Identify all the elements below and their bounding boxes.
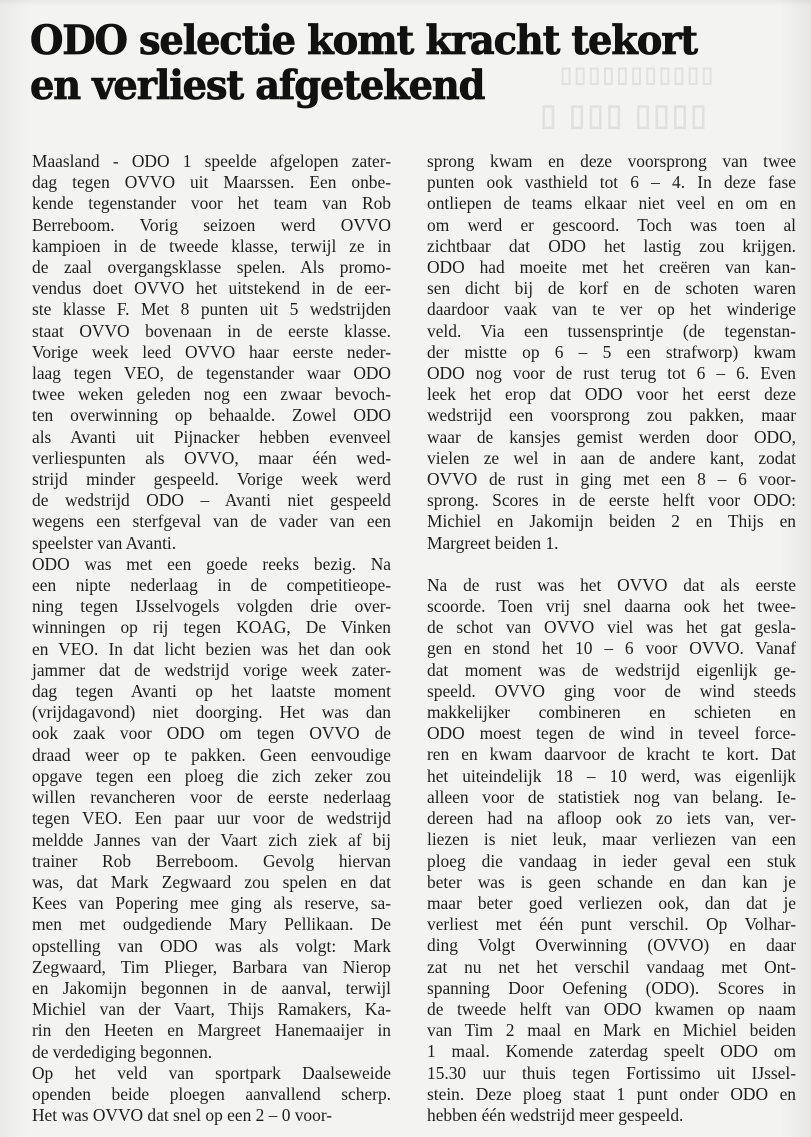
text-line: zichtbaar dat ODO het lastig zou krijgen… bbox=[427, 236, 796, 257]
text-line: ook zaak voor ODO om tegen OVVO de bbox=[32, 723, 391, 744]
article-headline: ODO selectie komt kracht tekort en verli… bbox=[30, 18, 760, 108]
left-paragraph-3: Op het veld van sportpark Daalseweideope… bbox=[32, 1063, 391, 1127]
text-line: speeld. OVVO ging voor de wind steeds bbox=[427, 681, 796, 702]
text-line: gen en stond het 10 – 6 voor OVVO. Vanaf bbox=[427, 638, 796, 659]
text-line: Berreboom. Vorig seizoen werd OVVO bbox=[32, 215, 391, 236]
text-line: dag tegen Avanti op het laatste moment bbox=[32, 681, 391, 702]
text-line: de tweede helft van ODO kwamen op naam bbox=[427, 999, 796, 1020]
text-line: twee weken geleden nog een zwaar bevoch- bbox=[32, 384, 391, 405]
text-line: Het was OVVO dat snel op een 2 – 0 voor- bbox=[32, 1105, 391, 1126]
text-line: Zegwaard, Tim Plieger, Barbara van Niero… bbox=[32, 957, 391, 978]
text-line: ODO was met een goede reeks bezig. Na bbox=[32, 554, 391, 575]
text-line: en VEO. In dat licht bezien was het dan … bbox=[32, 639, 391, 660]
text-line: opstelling van ODO was als volgt: Mark bbox=[32, 936, 391, 957]
text-line: daardoor vaak van te ver op het winderig… bbox=[427, 299, 796, 320]
right-column: sprong kwam en deze voorsprong van tweep… bbox=[427, 151, 796, 1126]
text-line: 15.30 uur thuis tegen Fortissimo uit IJs… bbox=[427, 1063, 796, 1084]
text-line: alleen voor de statistiek nog van belang… bbox=[427, 787, 796, 808]
paragraph-gap bbox=[427, 554, 796, 575]
text-line: ding Volgt Overwinning (OVVO) en daar bbox=[427, 935, 796, 956]
text-line: Vorige week leed OVVO haar eerste neder- bbox=[32, 342, 391, 363]
text-line: meldde Jannes van der Vaart zich ziek af… bbox=[32, 830, 391, 851]
text-line: (vrijdagavond) niet doorging. Het was da… bbox=[32, 702, 391, 723]
text-line: maar beter goed verliezen ook, dan dat j… bbox=[427, 893, 796, 914]
text-line: punten ook vasthield tot 6 – 4. In deze … bbox=[427, 172, 796, 193]
text-line: en Jakomijn begonnen in de aanval, terwi… bbox=[32, 978, 391, 999]
text-line: strijd minder gespeeld. Vorige week werd bbox=[32, 469, 391, 490]
text-line: het uiteindelijk 18 – 10 werd, was eigen… bbox=[427, 766, 796, 787]
text-line: ploeg die vandaag in ieder geval een stu… bbox=[427, 851, 796, 872]
text-line: verliespunten als OVVO, maar één wed- bbox=[32, 448, 391, 469]
text-line: de schot van OVVO viel was het gat gesla… bbox=[427, 617, 796, 638]
text-line: de zaal overgangsklasse spelen. Als prom… bbox=[32, 257, 391, 278]
text-line: ontliepen de teams elkaar niet veel en o… bbox=[427, 193, 796, 214]
newspaper-clipping: ▯▯▯▯▯▯▯▯▯▯▯ ▯ ▯▯▯ ▯▯▯▯ ODO selectie komt… bbox=[0, 0, 811, 1137]
text-line: staat OVVO bovenaan in de eerste klasse. bbox=[32, 321, 391, 342]
text-line: Na de rust was het OVVO dat als eerste bbox=[427, 575, 796, 596]
text-line: veld. Via een tussensprintje (de tegenst… bbox=[427, 321, 796, 342]
text-line: vendus doet OVVO het uitstekend in de ee… bbox=[32, 278, 391, 299]
text-line: Michiel en Jakomijn beiden 2 en Thijs en bbox=[427, 511, 796, 532]
text-line: zat nu net het verschil vandaag met Ont- bbox=[427, 957, 796, 978]
text-line: stein. Deze ploeg staat 1 punt onder ODO… bbox=[427, 1084, 796, 1105]
text-line: kampioen in de tweede klasse, terwijl ze… bbox=[32, 236, 391, 257]
text-line: Kees van Popering mee ging als reserve, … bbox=[32, 893, 391, 914]
text-line: opgave tegen een ploeg die zich zeker zo… bbox=[32, 766, 391, 787]
text-line: vielen ze wel in aan de andere kant, zod… bbox=[427, 448, 796, 469]
text-line: dereen had na afloop ook zo iets van, ve… bbox=[427, 808, 796, 829]
text-line: om werd er gescoord. Toch was toen al bbox=[427, 215, 796, 236]
text-line: Michiel van der Vaart, Thijs Ramakers, K… bbox=[32, 999, 391, 1020]
text-line: beter was is geen schande en dan kan je bbox=[427, 872, 796, 893]
headline-line-2: en verliest afgetekend bbox=[30, 63, 760, 108]
text-line: wedstrijd een voorsprong zou pakken, maa… bbox=[427, 405, 796, 426]
text-line: liezen is niet leuk, maar verliezen van … bbox=[427, 829, 796, 850]
text-line: Op het veld van sportpark Daalseweide bbox=[32, 1063, 391, 1084]
text-line: makkelijker combineren en schieten en bbox=[427, 702, 796, 723]
text-line: scoorde. Toen vrij snel daarna ook het t… bbox=[427, 596, 796, 617]
text-line: leek het erop dat ODO voor het eerst dez… bbox=[427, 384, 796, 405]
text-line: de verdediging begonnen. bbox=[32, 1042, 391, 1063]
text-line: waar de kansjes gemist werden door ODO, bbox=[427, 427, 796, 448]
text-line: ODO moest tegen de wind in teveel force- bbox=[427, 723, 796, 744]
text-line: openden beide ploegen aanvallend scherp. bbox=[32, 1084, 391, 1105]
text-line: ren en kwam daarvoor de kracht te kort. … bbox=[427, 744, 796, 765]
text-line: willen revancheren voor de eerste nederl… bbox=[32, 787, 391, 808]
text-line: winningen op rij tegen KOAG, De Vinken bbox=[32, 617, 391, 638]
text-line: ning tegen IJsselvogels volgden drie ove… bbox=[32, 596, 391, 617]
text-line: wegens een sterfgeval van de vader van e… bbox=[32, 511, 391, 532]
text-line: men met oudgediende Mary Pellikaan. De bbox=[32, 914, 391, 935]
text-line: was, dat Mark Zegwaard zou spelen en dat bbox=[32, 872, 391, 893]
text-line: verliest met één punt verschil. Op Volha… bbox=[427, 914, 796, 935]
right-paragraph-2: Na de rust was het OVVO dat als eerstesc… bbox=[427, 575, 796, 1126]
text-line: kende tegenstander voor het team van Rob bbox=[32, 193, 391, 214]
text-line: laag tegen VEO, de tegenstander waar ODO bbox=[32, 363, 391, 384]
text-line: een nipte nederlaag in de competitieope- bbox=[32, 575, 391, 596]
left-column: Maasland - ODO 1 speelde afgelopen zater… bbox=[32, 151, 391, 1126]
text-line: speelster van Avanti. bbox=[32, 533, 391, 554]
text-line: als Avanti uit Pijnacker hebben evenveel bbox=[32, 427, 391, 448]
headline-line-1: ODO selectie komt kracht tekort bbox=[30, 18, 760, 63]
text-line: Maasland - ODO 1 speelde afgelopen zater… bbox=[32, 151, 391, 172]
text-line: 1 maal. Komende zaterdag speelt ODO om bbox=[427, 1041, 796, 1062]
text-line: hebben één wedstrijd meer gespeeld. bbox=[427, 1105, 796, 1126]
right-paragraph-1: sprong kwam en deze voorsprong van tweep… bbox=[427, 151, 796, 554]
left-paragraph-1: Maasland - ODO 1 speelde afgelopen zater… bbox=[32, 151, 391, 554]
text-line: dat moment was de wedstrijd eigenlijk ge… bbox=[427, 660, 796, 681]
text-line: van Tim 2 maal en Mark en Michiel beiden bbox=[427, 1020, 796, 1041]
left-paragraph-2: ODO was met een goede reeks bezig. Naeen… bbox=[32, 554, 391, 1063]
text-line: dag tegen OVVO uit Maarssen. Een onbe- bbox=[32, 172, 391, 193]
text-line: rin den Heeten en Margreet Hanemaaijer i… bbox=[32, 1020, 391, 1041]
text-line: OVVO de rust in ging met een 8 – 6 voor- bbox=[427, 469, 796, 490]
text-line: trainer Rob Berreboom. Gevolg hiervan bbox=[32, 851, 391, 872]
text-line: der mistte op 6 – 5 een strafworp) kwam bbox=[427, 342, 796, 363]
text-line: ODO nog voor de rust terug tot 6 – 6. Ev… bbox=[427, 363, 796, 384]
text-line: ten overwinning op behaalde. Zowel ODO bbox=[32, 405, 391, 426]
text-line: ODO had moeite met het creëren van kan- bbox=[427, 257, 796, 278]
text-line: Margreet beiden 1. bbox=[427, 533, 796, 554]
text-line: draad weer op te pakken. Geen eenvoudige bbox=[32, 745, 391, 766]
text-line: sprong kwam en deze voorsprong van twee bbox=[427, 151, 796, 172]
text-line: jammer dat de wedstrijd vorige week zate… bbox=[32, 660, 391, 681]
text-line: spanning Door Oefening (ODO). Scores in bbox=[427, 978, 796, 999]
text-line: tegen VEO. Een paar uur voor de wedstrij… bbox=[32, 808, 391, 829]
text-line: sen dicht bij de korf en de schoten ware… bbox=[427, 278, 796, 299]
text-line: ste klasse F. Met 8 punten uit 5 wedstri… bbox=[32, 299, 391, 320]
text-line: sprong. Scores in de eerste helft voor O… bbox=[427, 490, 796, 511]
text-line: de wedstrijd ODO – Avanti niet gespeeld bbox=[32, 490, 391, 511]
